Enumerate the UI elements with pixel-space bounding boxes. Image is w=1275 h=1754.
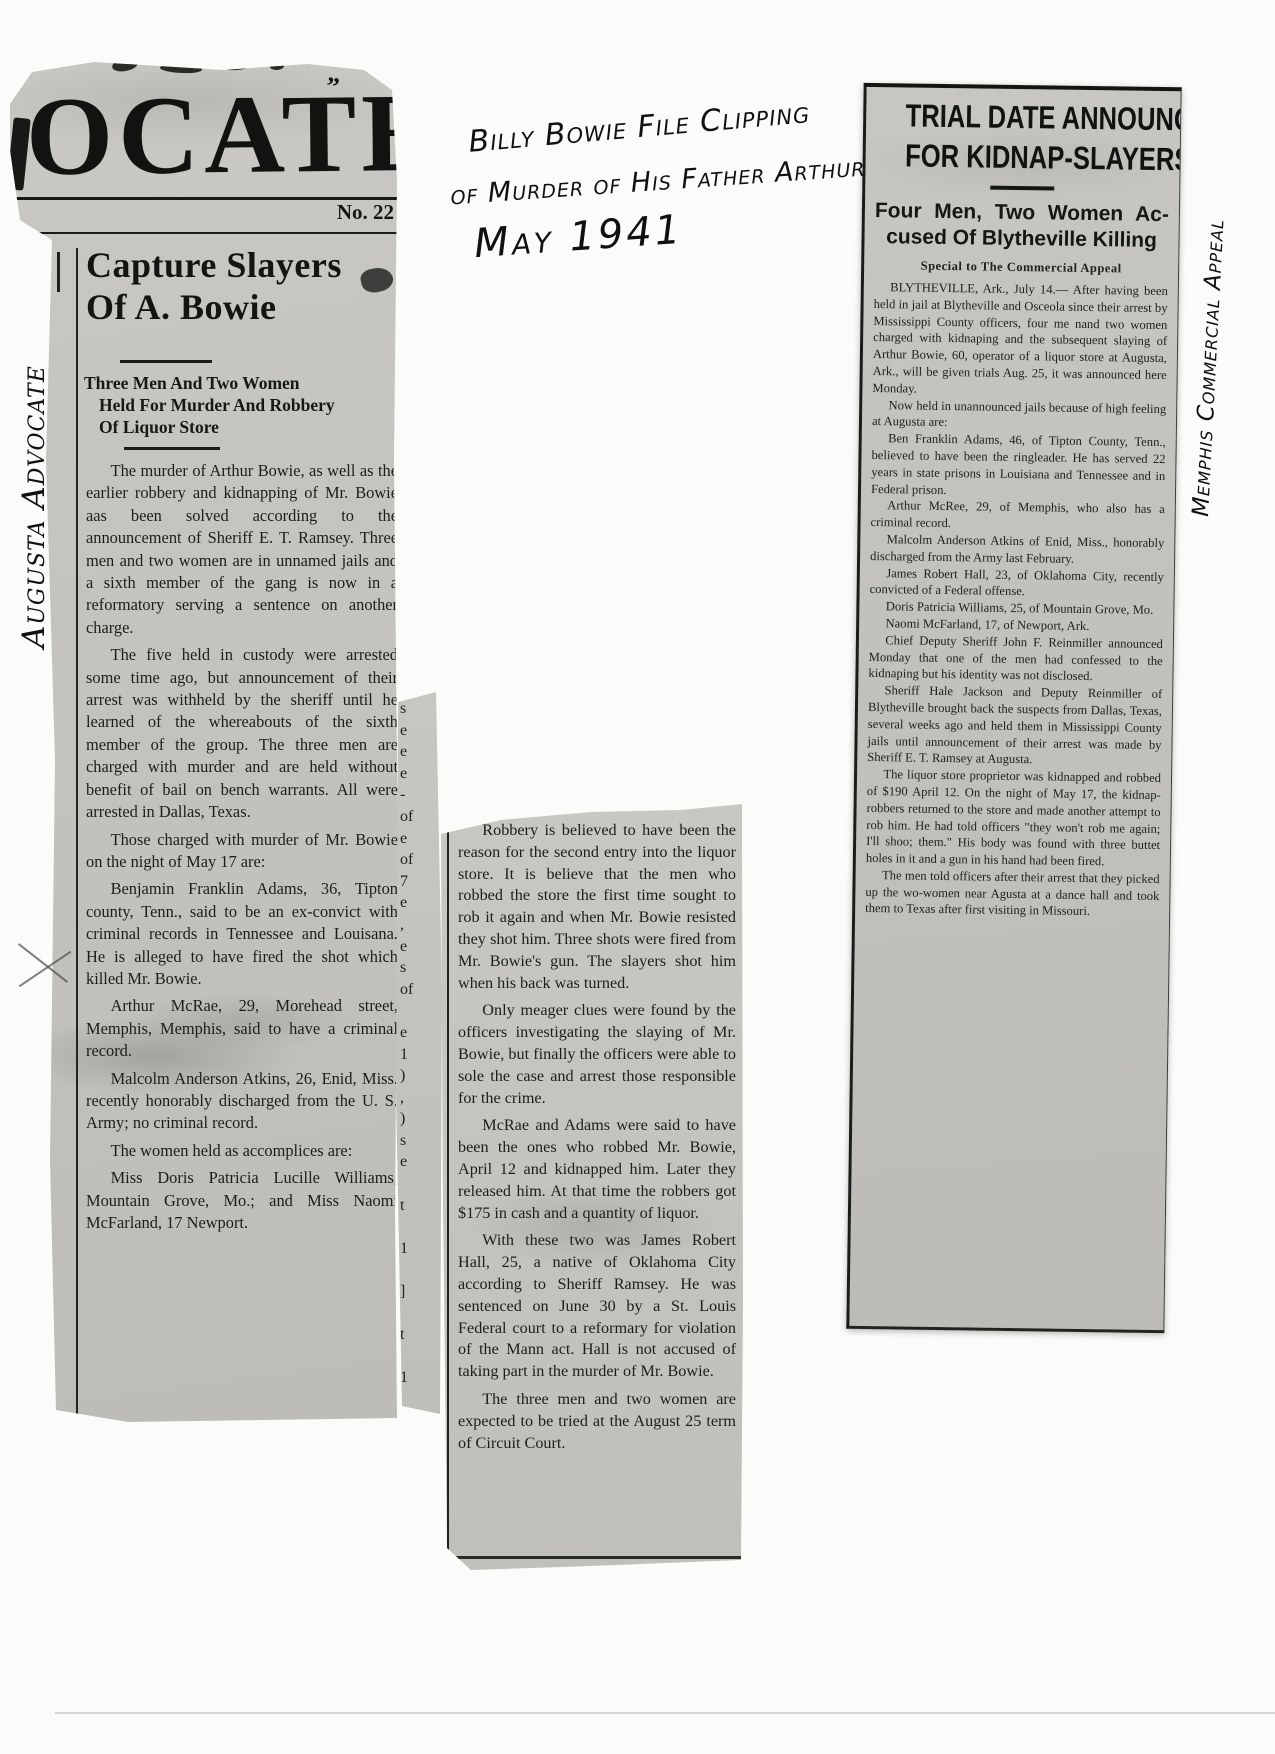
- cut-text-fragment: ): [396, 1108, 443, 1130]
- article-paragraph: The three men and two women are expected…: [458, 1389, 736, 1454]
- section-rule: [124, 447, 220, 450]
- masthead-title-fragment: OCATE: [25, 66, 441, 205]
- article-paragraph: The liquor store proprietor was kidnappe…: [866, 766, 1161, 871]
- cut-text-fragment: [396, 1389, 443, 1411]
- handwritten-note-line1: Billy Bowie File Clipping: [467, 95, 811, 160]
- right-article-subhead: Four Men, Two Women Ac- cused Of Blythev…: [874, 198, 1169, 254]
- right-article-body: BLYTHEVILLE, Ark., July 14.— After havin…: [865, 279, 1168, 921]
- subhead-line: Four Men, Two Women Ac-: [875, 198, 1169, 228]
- headline-line: Of A. Bowie: [86, 287, 277, 327]
- article-paragraph: Robbery is believed to have been the rea…: [458, 820, 736, 994]
- article-paragraph: With these two was James Robert Hall, 25…: [458, 1230, 736, 1383]
- cut-text-fragment: ]: [396, 1281, 443, 1303]
- left-article-body: The murder of Arthur Bowie, as well as t…: [86, 460, 398, 1239]
- clipping-bottom-edge-rule: [451, 1556, 741, 1559]
- cut-text-fragment: e: [396, 720, 443, 742]
- cut-text-fragment: e: [396, 1022, 443, 1044]
- headline-line: Capture Slayers: [86, 245, 342, 285]
- cut-text-fragment: e: [396, 763, 443, 785]
- cut-text-fragment: [396, 1000, 443, 1022]
- cut-text-fragment: [396, 1346, 443, 1368]
- article-paragraph: Malcolm Anderson Atkins of Enid, Miss., …: [870, 531, 1164, 569]
- article-credit-line: Special to The Commercial Appeal: [874, 258, 1168, 277]
- cut-text-fragment: ,: [396, 1087, 443, 1109]
- cut-text-fragment: e: [396, 741, 443, 763]
- right-article-headline: TRIAL DATE ANNOUNCED FOR KIDNAP-SLAYERS: [875, 95, 1170, 179]
- cut-text-fragment: -: [396, 784, 443, 806]
- cut-text-fragment: [396, 1303, 443, 1325]
- cut-text-fragment: of: [396, 806, 443, 828]
- column-divider-rule: [447, 814, 449, 1562]
- issue-number: No. 22: [337, 200, 394, 225]
- article-paragraph: Now held in unannounced jails because of…: [872, 397, 1166, 435]
- article-paragraph: BLYTHEVILLE, Ark., July 14.— After havin…: [872, 279, 1168, 401]
- article-paragraph: McRae and Adams were said to have been t…: [458, 1115, 736, 1224]
- clipping-middle-continuation: Robbery is believed to have been the rea…: [441, 804, 743, 1570]
- article-paragraph: Chief Deputy Sheriff John F. Reinmiller …: [868, 632, 1163, 686]
- article-paragraph: Arthur McRae, 29, Morehead street, Memph…: [86, 995, 398, 1062]
- clipping-commercial-appeal: TRIAL DATE ANNOUNCED FOR KIDNAP-SLAYERS …: [846, 83, 1181, 1333]
- cut-text-fragment: t: [396, 1324, 443, 1346]
- handwritten-source-augusta-advocate: Augusta Advocate: [16, 365, 52, 648]
- article-paragraph: Only meager clues were found by the offi…: [458, 1000, 736, 1109]
- headline-divider-rule: [990, 186, 1054, 191]
- cut-text-fragment: e: [396, 936, 443, 958]
- cut-text-fragment: [396, 1173, 443, 1195]
- subhead-line: Of Liquor Store: [84, 416, 394, 438]
- cut-text-fragment: 7: [396, 871, 443, 893]
- subhead-line: Three Men And Two Women: [84, 373, 300, 393]
- cut-text-fragment: s: [396, 698, 443, 720]
- cut-text-fragment: ): [396, 1065, 443, 1087]
- left-article-subhead: Three Men And Two Women Held For Murder …: [84, 372, 394, 438]
- handwritten-date: May 1941: [473, 207, 685, 267]
- cut-text-fragment: s: [396, 1130, 443, 1152]
- adjacent-column-fragment: [57, 252, 60, 292]
- cut-text-fragment: t: [396, 1195, 443, 1217]
- left-article-headline: Capture Slayers Of A. Bowie: [86, 244, 386, 328]
- headline-line: FOR KIDNAP-SLAYERS: [905, 135, 1141, 178]
- article-paragraph: James Robert Hall, 23, of Oklahoma City,…: [870, 565, 1164, 603]
- article-paragraph: Those charged with murder of Mr. Bowie o…: [86, 829, 398, 874]
- subhead-line: cused Of Blytheville Killing: [874, 224, 1168, 254]
- article-paragraph: The men told officers after their arrest…: [865, 867, 1160, 921]
- cut-text-fragment: s: [396, 957, 443, 979]
- article-paragraph: The murder of Arthur Bowie, as well as t…: [86, 460, 398, 639]
- column-divider-rule: [76, 248, 78, 1414]
- cut-text-fragment: e: [396, 1151, 443, 1173]
- handwritten-source-commercial-appeal: Memphis Commercial Appeal: [1188, 218, 1230, 517]
- subhead-line: Held For Murder And Robbery: [84, 394, 394, 416]
- cut-text-fragment: e: [396, 892, 443, 914]
- cut-text-fragment: 1: [396, 1044, 443, 1066]
- middle-article-body: Robbery is believed to have been the rea…: [458, 820, 736, 1460]
- article-paragraph: The women held as accomplices are:: [86, 1140, 398, 1162]
- article-paragraph: Malcolm Anderson Atkins, 26, Enid, Miss.…: [86, 1068, 398, 1135]
- masthead-rule: [8, 232, 398, 234]
- clipping-augusta-advocate: OCATE ” No. 22 Capture Slayers Of A. Bow…: [8, 60, 398, 1424]
- scanner-edge-line: [55, 1712, 1275, 1714]
- cut-text-fragment: of: [396, 849, 443, 871]
- article-paragraph: Ben Franklin Adams, 46, of Tipton County…: [871, 430, 1166, 501]
- cut-text-fragment: [396, 1259, 443, 1281]
- headline-line: TRIAL DATE ANNOUNCED: [905, 95, 1141, 138]
- cut-text-fragment: of: [396, 979, 443, 1001]
- handwritten-note-line2: of Murder of His Father Arthur: [449, 152, 866, 212]
- clipping-edge-sliver: seee-ofeof7e,esofe1),)set1]t1: [396, 692, 443, 1414]
- article-paragraph: Benjamin Franklin Adams, 36, Tipton coun…: [86, 878, 398, 990]
- cut-text-fragment: e: [396, 828, 443, 850]
- article-paragraph: Arthur McRee, 29, of Memphis, who also h…: [870, 497, 1164, 535]
- article-paragraph: The five held in custody were arrested s…: [86, 644, 398, 823]
- article-paragraph: Miss Doris Patricia Lucille Williams, Mo…: [86, 1167, 398, 1234]
- cut-text-fragment: ,: [396, 914, 443, 936]
- cut-text-fragment: [396, 1216, 443, 1238]
- section-rule: [120, 360, 212, 363]
- cut-text-fragment: 1: [396, 1367, 443, 1389]
- scanned-clippings-page: OCATE ” No. 22 Capture Slayers Of A. Bow…: [0, 0, 1275, 1754]
- cut-text-fragment: 1: [396, 1238, 443, 1260]
- article-paragraph: Sheriff Hale Jackson and Deputy Reinmill…: [867, 682, 1162, 770]
